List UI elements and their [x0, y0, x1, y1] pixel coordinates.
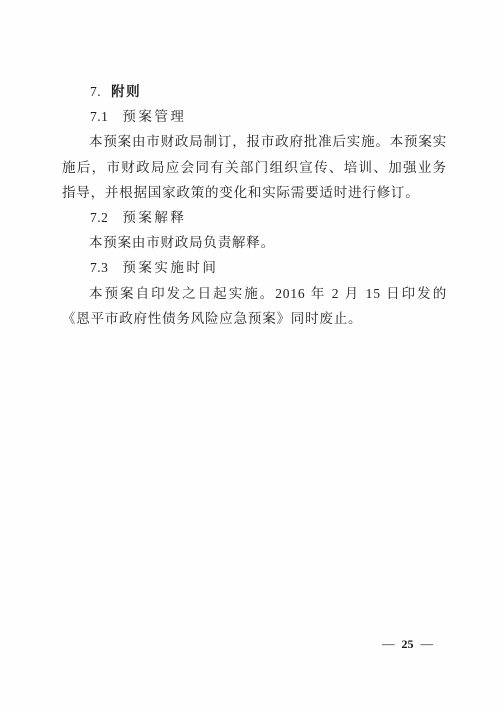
chapter-number: 7. [90, 84, 101, 99]
sub-heading-7-3: 7.3预案实施时间 [62, 255, 447, 280]
paragraph-plan-interpretation: 本预案由市财政局负责解释。 [62, 230, 447, 255]
page-number: —25— [382, 637, 433, 651]
sub-heading-title: 预案解释 [122, 210, 186, 225]
sub-heading-number: 7.2 [90, 210, 108, 225]
chapter-heading: 7.附则 [62, 79, 447, 104]
document-page: 7.附则 7.1预案管理 本预案由市财政局制订，报市政府批准后实施。本预案实施后… [0, 0, 504, 712]
sub-heading-7-1: 7.1预案管理 [62, 104, 447, 129]
paragraph-plan-effective-date: 本预案自印发之日起实施。2016 年 2 月 15 日印发的《恩平市政府性债务风… [62, 281, 447, 331]
sub-heading-7-2: 7.2预案解释 [62, 205, 447, 230]
sub-heading-number: 7.3 [90, 260, 108, 275]
page-number-value: 25 [402, 637, 414, 651]
paragraph-plan-management: 本预案由市财政局制订，报市政府批准后实施。本预案实施后，市财政局应会同有关部门组… [62, 129, 447, 205]
sub-heading-title: 预案管理 [122, 109, 186, 124]
chapter-title: 附则 [111, 84, 141, 99]
page-number-left-dash: — [382, 637, 395, 651]
sub-heading-number: 7.1 [90, 109, 108, 124]
document-content: 7.附则 7.1预案管理 本预案由市财政局制订，报市政府批准后实施。本预案实施后… [62, 79, 447, 331]
sub-heading-title: 预案实施时间 [122, 260, 218, 275]
page-number-right-dash: — [421, 637, 434, 651]
